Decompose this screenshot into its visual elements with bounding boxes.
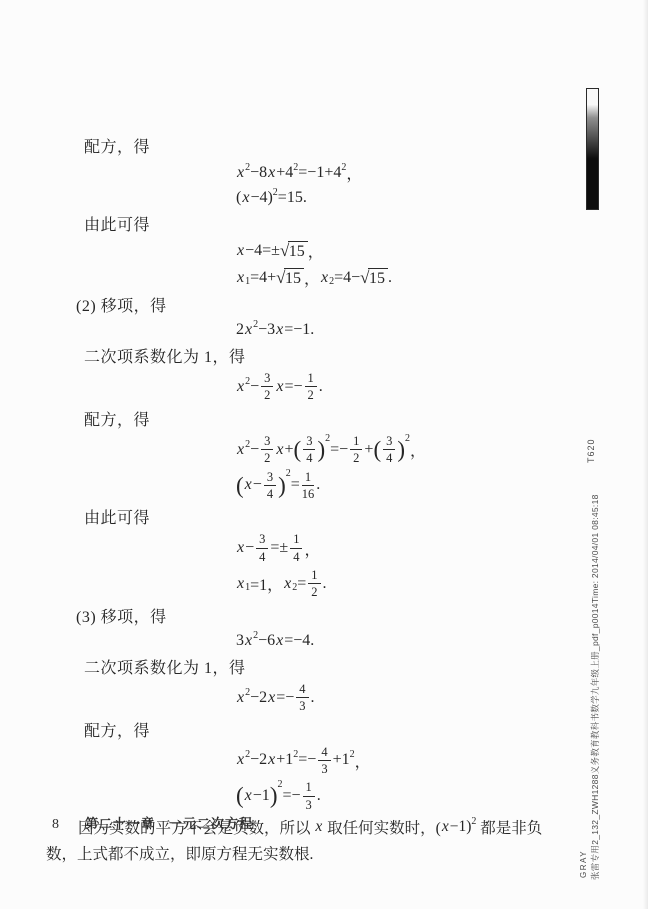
formula-line: x2−2x+12=−43+12， — [236, 745, 626, 777]
formula-line: x1=4+√15，x2=4−√15. — [236, 266, 626, 289]
text-line: 由此可得 — [84, 212, 626, 235]
page: T620 张雷专用2_132_ZWH1288义务教育教科书数学九年级上册_pdf… — [0, 0, 648, 909]
fraction: 12 — [350, 434, 362, 466]
fraction: 43 — [296, 682, 308, 714]
radical: √15 — [360, 268, 388, 288]
formula-line: x−4=±√15， — [236, 239, 626, 262]
text-line: 二次项系数化为 1，得 — [84, 655, 626, 678]
fraction: 14 — [290, 532, 302, 564]
fraction: 116 — [302, 470, 315, 502]
fraction: 43 — [318, 745, 330, 777]
formula-line: x1=1，x2=12. — [236, 568, 626, 600]
fraction: 34 — [264, 470, 276, 502]
formula-line: (x−1)2=−13. — [236, 780, 626, 812]
formula-line: x2−2x=−43. — [236, 682, 626, 714]
text-line: (3) 移项，得 — [76, 604, 626, 627]
text-line: (2) 移项，得 — [76, 293, 626, 316]
text-line: 二次项系数化为 1，得 — [84, 344, 626, 367]
formula-line: x2−32x=−12. — [236, 371, 626, 403]
radical: √15 — [276, 268, 304, 288]
fraction: 32 — [261, 434, 273, 466]
paragraph-line: 数，上式都不成立，即原方程无实数根. — [46, 842, 626, 864]
fraction: 34 — [303, 434, 315, 466]
fraction: 34 — [383, 434, 395, 466]
page-number: 8 — [52, 817, 59, 833]
text-line: 配方，得 — [84, 134, 626, 157]
formula-line: 2x2−3x=−1. — [236, 320, 626, 340]
fraction: 13 — [303, 780, 315, 812]
content: 配方，得x2−8x+42=−1+42，(x−4)2=15.由此可得x−4=±√1… — [46, 134, 626, 868]
formula-line: x2−32x+(34)2=−12+(34)2， — [236, 434, 626, 466]
formula-line: x−34=±14， — [236, 532, 626, 564]
chapter-title: 一元二次方程 — [169, 813, 253, 832]
page-footer: 8 第二十一章 一元二次方程 — [52, 813, 253, 833]
chapter-label: 第二十一章 — [85, 813, 155, 832]
formula-line: x2−8x+42=−1+42， — [236, 161, 626, 184]
formula-line: 3x2−6x=−4. — [236, 631, 626, 651]
text-line: 由此可得 — [84, 505, 626, 528]
fraction: 12 — [308, 568, 320, 600]
text-line: 配方，得 — [84, 718, 626, 741]
radical: √15 — [280, 241, 308, 261]
fraction: 32 — [261, 371, 273, 403]
formula-line: (x−4)2=15. — [236, 188, 626, 208]
fraction: 34 — [256, 532, 268, 564]
text-line: 配方，得 — [84, 407, 626, 430]
fraction: 12 — [305, 371, 317, 403]
formula-line: (x−34)2=116. — [236, 470, 626, 502]
